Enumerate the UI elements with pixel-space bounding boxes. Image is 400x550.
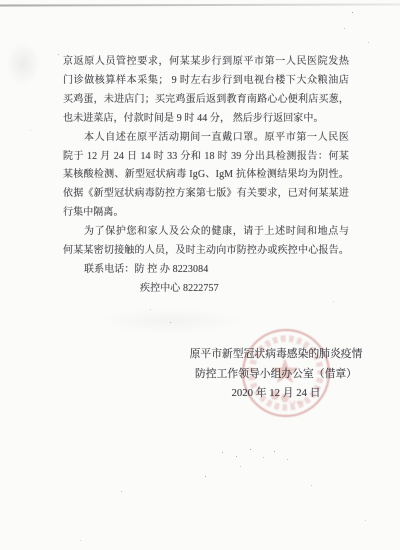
official-seal: 1666 — [239, 326, 333, 420]
body-line-9: 行集中隔离。 — [63, 204, 349, 223]
paper-edge — [0, 3, 400, 6]
body-line-3: 买鸡蛋，未进店门；买完鸡蛋后返到教育南路心心便利店买葱， — [63, 91, 349, 110]
body-line-4: 也未进菜店，付款时间是 9 时 44 分， 然后步行返回家中。 — [63, 110, 349, 129]
notice-body: 京返原人员管控要求，何某某步行到原平市第一人民医院发热 门诊做核算样本采集； 9… — [63, 53, 349, 299]
contact-line-defense-office: 联系电话：防 控 办 8223084 — [63, 261, 349, 280]
seal-ink-blot-right — [281, 394, 289, 403]
scan-noise-specks — [0, 0, 1, 1]
body-line-6: 院于 12 月 24 日 14 时 33 分和 18 时 39 分出具检测报告：… — [63, 148, 349, 167]
seal-ink-blot-left — [271, 390, 279, 400]
body-line-10: 为了保护您和家人及公众的健康，请于上述时间和地点与 — [63, 223, 349, 242]
body-line-11: 何某某密切接触的人员，及时主动向市防控办或疾控中心报告。 — [63, 242, 349, 261]
body-line-1: 京返原人员管控要求，何某某步行到原平市第一人民医院发热 — [63, 53, 349, 72]
body-line-7: 某核酸检测、新型冠状病毒 IgG、IgM 抗体检测结果均为阴性。 — [63, 166, 349, 185]
body-line-8: 依据《新型冠状病毒防控方案第七版》有关要求，已对何某某进 — [63, 185, 349, 204]
star-icon — [272, 358, 299, 383]
scanned-notice-page: 京返原人员管控要求，何某某步行到原平市第一人民医院发热 门诊做核算样本采集； 9… — [0, 0, 400, 550]
body-line-2: 门诊做核算样本采集； 9 时左右步行到电视台楼下大众粮油店 — [63, 72, 349, 91]
body-line-5: 本人自述在原平活动期间一直戴口罩。原平市第一人民医 — [63, 129, 349, 148]
scan-smudge-middle — [95, 308, 245, 334]
contact-line-cdc: 疾控中心 8222757 — [63, 280, 349, 299]
seal-serial: 1666 — [289, 400, 305, 406]
scan-smudge-top-left — [6, 42, 40, 86]
